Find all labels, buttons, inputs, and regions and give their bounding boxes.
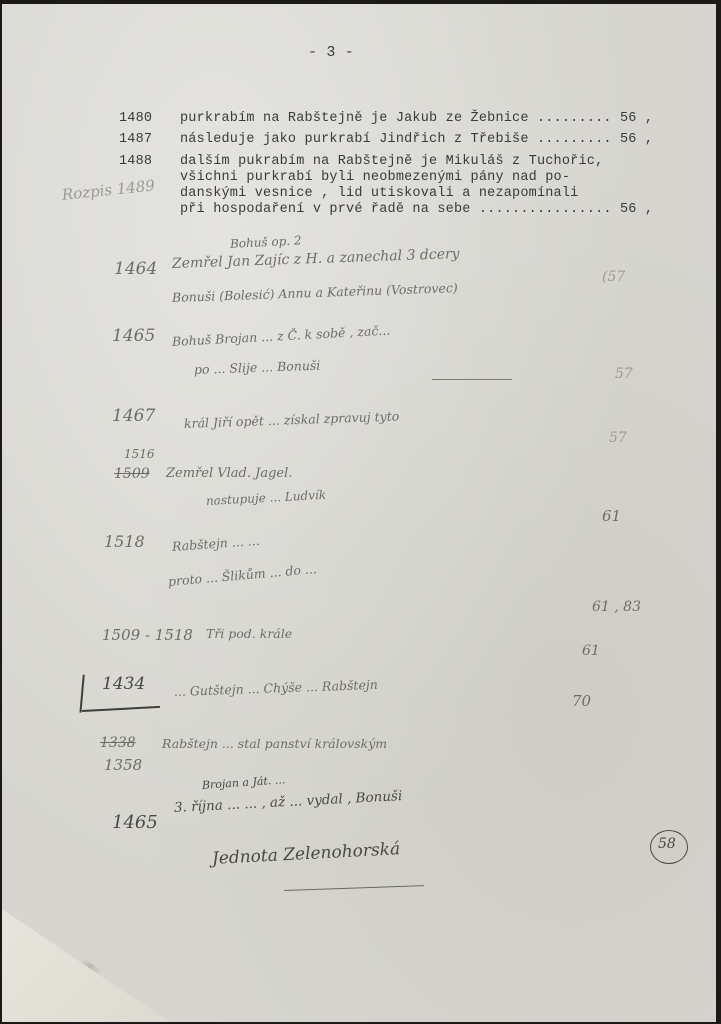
typed-year-1480: 1480 [119, 111, 152, 127]
typed-year-1487: 1487 [119, 132, 152, 148]
note-text-1518: Rabštejn ... ... [171, 533, 260, 554]
underline [432, 379, 512, 380]
note-text-1465a-line2: po ... Slije ... Bonuši [194, 358, 321, 377]
margin-bracket-vertical [80, 675, 85, 713]
note-text-1465b: 3. října ... ... , až ... vydal , Bonuši [174, 788, 403, 816]
note-text-1518-line2: proto ... Šlikům ... do ... [167, 561, 317, 589]
note-year-1358: 1358 [104, 756, 142, 774]
note-ref-1434: 70 [572, 692, 591, 710]
note-year-1518: 1518 [104, 532, 145, 551]
note-year-1464: 1464 [114, 259, 157, 279]
note-year-1516: 1516 [124, 447, 155, 461]
page-number: - 3 - [308, 45, 354, 61]
typed-year-1488: 1488 [119, 154, 152, 170]
note-text-1434: ... Gutštejn ... Chýše ... Rabštejn [174, 677, 378, 699]
note-year-1467: 1467 [112, 406, 155, 426]
note-ref-1516: 61 [602, 507, 621, 525]
typed-text-1480: purkrabím na Rabštejně je Jakub ze Žebni… [180, 111, 653, 127]
note-text-1509-1518: Tři pod. krále [206, 626, 292, 641]
typed-text-1487: následuje jako purkrabí Jindřich z Třebi… [180, 132, 653, 148]
document-page: - 3 - 1480 purkrabím na Rabštejně je Jak… [2, 4, 716, 1022]
note-year-1465a: 1465 [112, 326, 155, 346]
note-year-struck-1338: 1338 [100, 735, 136, 751]
note-ref-1509-1518: 61 [582, 643, 600, 659]
note-heading: Bohuš op. 2 [230, 233, 302, 251]
note-ref-1464: (57 [602, 269, 625, 285]
note-jednota: Jednota Zelenohorská [211, 839, 400, 869]
note-year-1465b: 1465 [112, 812, 158, 833]
note-text-1358: Rabštejn ... stal panství královským [162, 736, 387, 751]
note-text-1464-line2: Bonuši (Bolesić) Annu a Kateřinu (Vostro… [172, 280, 458, 305]
typed-text-1488-line1: dalším pukrabím na Rabštejně je Mikuláš … [180, 154, 603, 170]
note-text-1464: Zemřel Jan Zajíc z H. a zanechal 3 dcery [172, 246, 460, 272]
closing-underline [284, 885, 424, 891]
note-year-1509-1518: 1509 - 1518 [102, 626, 193, 644]
margin-note: Rozpis 1489 [61, 176, 156, 204]
note-text-1465a: Bohuš Brojan ... z Č. k sobě , zač... [172, 323, 391, 349]
typed-text-1488-line2: všichni purkrabí byli neobmezenými pány … [180, 170, 570, 186]
note-text-1516: Zemřel Vlad. Jagel. [166, 466, 292, 481]
note-year-1434: 1434 [102, 674, 145, 694]
note-year-struck-1509: 1509 [114, 466, 150, 482]
note-ref-1518: 61 , 83 [592, 599, 641, 615]
typed-text-1488-line4: při hospodaření v prvé řadě na sebe ....… [180, 202, 653, 218]
note-ref-1467: 57 [609, 430, 627, 446]
note-above-1465b: Brojan a Ját. ... [202, 773, 286, 792]
margin-bracket-horizontal [82, 706, 160, 712]
note-ref-1465b: 58 [658, 836, 676, 852]
typed-text-1488-line3: danskými vesnice , lid utiskovali a neza… [180, 186, 578, 202]
note-ref-1465a: 57 [615, 366, 633, 382]
note-text-1467: král Jiří opět ... získal zpravuj tyto [184, 408, 400, 431]
note-text-1516-line2: nastupuje ... Ludvík [206, 488, 327, 508]
